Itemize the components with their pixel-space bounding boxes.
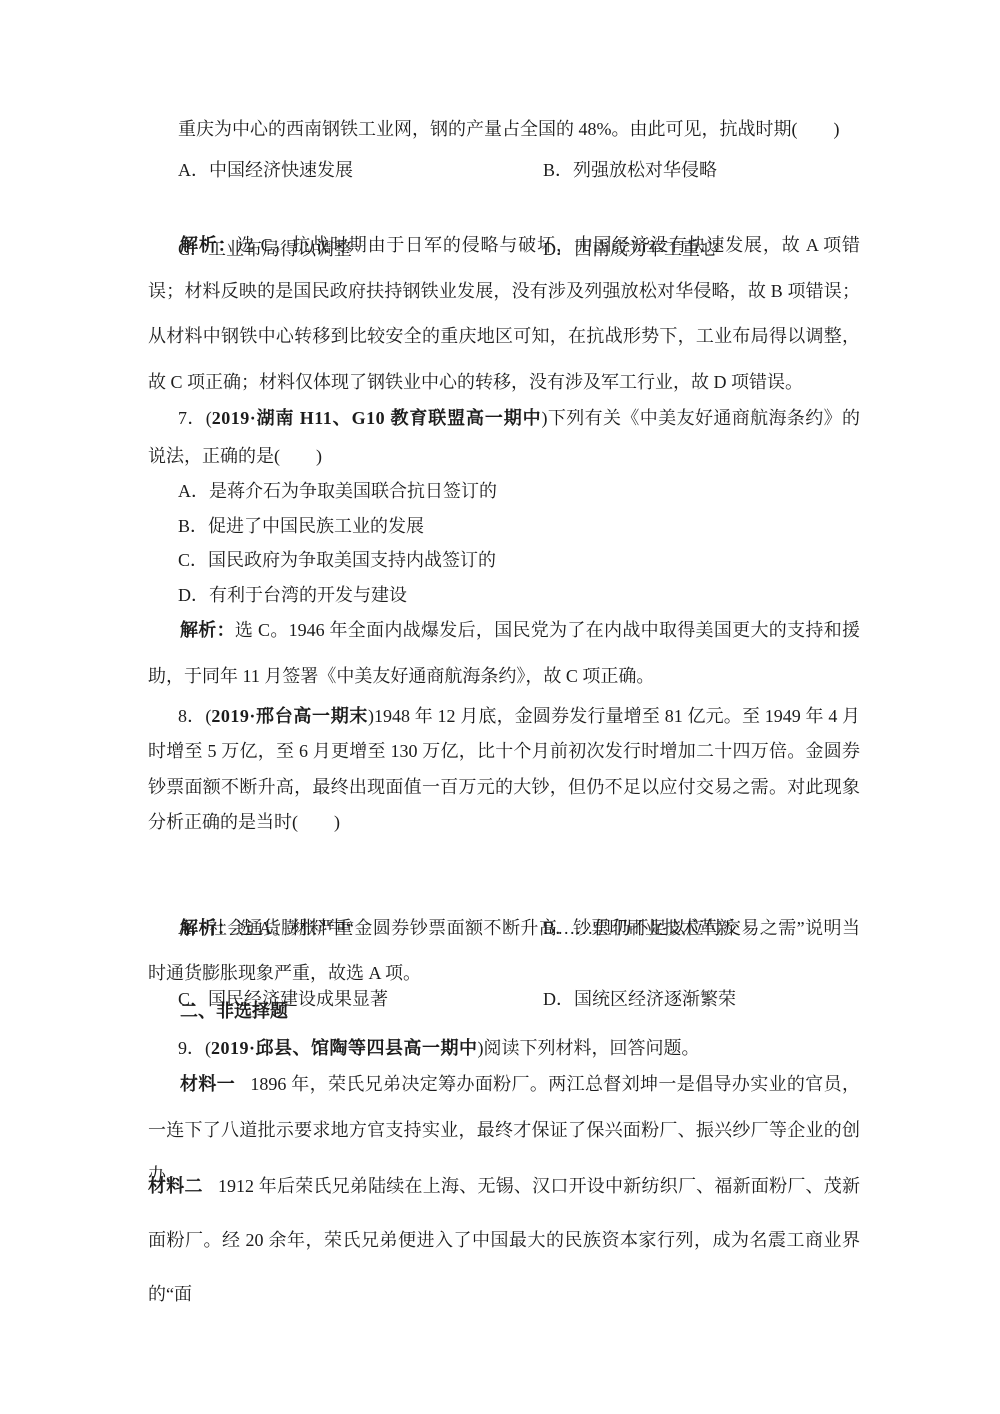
question-8-stem: 8．(2019·邢台高一期末)1948 年 12 月底，金圆券发行量增至 81 … (148, 699, 860, 841)
material-1-label: 材料一 (180, 1074, 235, 1094)
question-9-stem: 9．(2019·邱县、馆陶等四县高一期中)阅读下列材料，回答问题。 (148, 1030, 860, 1066)
question-6-stem: 重庆为中心的西南钢铁工业网，钢的产量占全国的 48%。由此可见，抗战时期( ) (148, 111, 860, 147)
question-6-options-row-1: A．中国经济快速发展 B．列强放松对华侵略 (148, 152, 860, 188)
material-2-label: 材料二 (148, 1176, 203, 1196)
question-8-analysis: 解析：选 A。材料中“金圆券钞票面额不断升高……但仍不足以应付交易之需”说明当时… (148, 906, 860, 996)
question-6-analysis: 解析：选 C。抗战时期由于日军的侵略与破坏，中国经济没有快速发展，故 A 项错误… (148, 223, 860, 405)
question-9-stem-text: )阅读下列材料，回答问题。 (478, 1038, 700, 1058)
exam-page: 重庆为中心的西南钢铁工业网，钢的产量占全国的 48%。由此可见，抗战时期( ) … (0, 0, 1000, 1414)
question-7-option-b: B．促进了中国民族工业的发展 (148, 509, 860, 544)
question-8-source: 2019·邢台高一期末 (211, 706, 368, 726)
question-8-number: 8．( (178, 706, 211, 726)
analysis-label: 解析： (180, 235, 236, 255)
analysis-label: 解析： (180, 620, 235, 640)
section-2-header: 二、非选择题 (148, 993, 860, 1029)
page-content: 重庆为中心的西南钢铁工业网，钢的产量占全国的 48%。由此可见，抗战时期( ) … (148, 0, 860, 144)
material-2-paragraph: 材料二1912 年后荣氏兄弟陆续在上海、无锡、汉口开设中新纺织厂、福新面粉厂、茂… (148, 1159, 860, 1321)
analysis-text: 选 C。抗战时期由于日军的侵略与破坏，中国经济没有快速发展，故 A 项错误；材料… (148, 235, 860, 392)
question-7-source: 2019·湖南 H11、G10 教育联盟高一期中 (212, 408, 542, 428)
question-7-number: 7．( (178, 408, 212, 428)
analysis-text: 选 C。1946 年全面内战爆发后，国民党为了在内战中取得美国更大的支持和援助，… (148, 620, 860, 686)
question-7-stem: 7．(2019·湖南 H11、G10 教育联盟高一期中)下列有关《中美友好通商航… (148, 399, 860, 475)
material-2-text: 1912 年后荣氏兄弟陆续在上海、无锡、汉口开设中新纺织厂、福新面粉厂、茂新面粉… (148, 1176, 860, 1304)
question-6-option-a: A．中国经济快速发展 (178, 160, 353, 180)
question-7-options: A．是蒋介石为争取美国联合抗日签订的 B．促进了中国民族工业的发展 C．国民政府… (148, 474, 860, 613)
analysis-text: 选 A。材料中“金圆券钞票面额不断升高……但仍不足以应付交易之需”说明当时通货膨… (148, 918, 860, 983)
analysis-label: 解析： (180, 918, 235, 938)
question-7-option-a: A．是蒋介石为争取美国联合抗日签订的 (148, 474, 860, 509)
question-9-number: 9．( (178, 1038, 211, 1058)
question-6-option-b: B．列强放松对华侵略 (543, 152, 717, 188)
question-7-analysis: 解析：选 C。1946 年全面内战爆发后，国民党为了在内战中取得美国更大的支持和… (148, 607, 860, 699)
question-7-option-c: C．国民政府为争取美国支持内战签订的 (148, 543, 860, 578)
question-9-source: 2019·邱县、馆陶等四县高一期中 (211, 1038, 478, 1058)
